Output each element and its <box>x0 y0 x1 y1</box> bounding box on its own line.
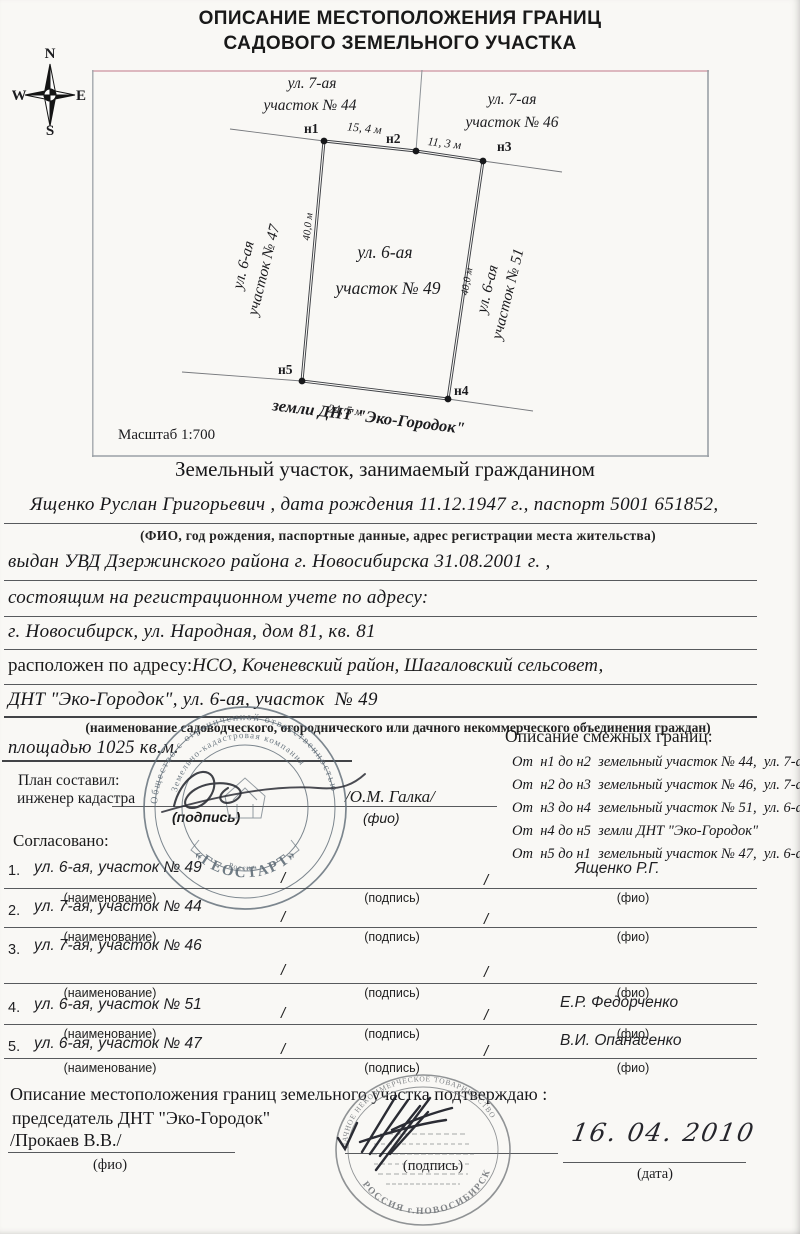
agreed-row-fio: Е.Р. Федорченко <box>560 994 678 1012</box>
rule <box>4 580 757 581</box>
slash-mark: / <box>281 1041 285 1058</box>
rule <box>4 888 757 889</box>
point-label-n1: н1 <box>304 121 319 136</box>
neighbor-top-right-plot: участок № 46 <box>464 114 559 131</box>
confirm-chairman-name: /Прокаев В.В./ <box>10 1130 121 1151</box>
agreed-row-num: 5. <box>8 1039 20 1055</box>
rule <box>4 523 757 524</box>
agreed-heading: Согласовано: <box>13 831 109 851</box>
date-handwritten: 16. 04. 2010 <box>569 1118 757 1147</box>
neighbor-top-left-plot: участок № 44 <box>262 97 357 114</box>
svg-text:Россия: Россия <box>228 861 257 873</box>
agreed-row-num: 2. <box>8 903 20 919</box>
neighbor-right-label: ул. 6-аяучасток № 51 <box>468 242 528 343</box>
caption-fio: (фио) <box>558 891 708 905</box>
plot-boundary <box>302 141 483 399</box>
location-prefix: расположен по адресу: <box>8 655 192 676</box>
confirm-date-caption: (дата) <box>575 1166 735 1183</box>
caption-podpis: (подпись) <box>317 891 467 905</box>
agreed-row-num: 4. <box>8 1000 20 1016</box>
agreed-row-num: 3. <box>8 942 20 958</box>
caption-fio: (фио) <box>558 930 708 944</box>
agreed-row-name: ул. 6-ая, участок № 51 <box>34 996 202 1014</box>
rule <box>4 1024 757 1025</box>
point-label-n2: н2 <box>386 131 401 146</box>
rule <box>4 1058 757 1059</box>
slash-mark: / <box>281 962 285 979</box>
neighbor-left-label: ул. 6-аяучасток № 47 <box>224 217 284 320</box>
confirm-fio-caption: (фио) <box>40 1157 180 1174</box>
passport-issued-line: выдан УВД Дзержинского района г. Новосиб… <box>8 551 551 573</box>
registration-intro-line: состоящим на регистрационном учете по ад… <box>8 587 429 609</box>
subtitle: Земельный участок, занимаемый гражданино… <box>0 457 770 482</box>
plot-center-number: участок № 49 <box>334 278 441 298</box>
owner-name-line: Ященко Руслан Григорьевич , дата рождени… <box>30 494 718 516</box>
slash-mark: / <box>484 911 488 928</box>
confirm-chairman: председатель ДНТ "Эко-Городок" <box>12 1108 270 1129</box>
distance-left-side: 40,0 м <box>302 212 316 241</box>
distance-right-side: 40,0 м <box>460 267 476 296</box>
border-item: От н1 до н2 земельный участок № 44, ул. … <box>512 754 800 771</box>
scale-label: Масштаб 1:700 <box>118 427 215 443</box>
slash-mark: / <box>281 870 285 887</box>
plot-plan-drawing: н1 н2 н3 н4 н5 15, 4 м 11, 3 м 24, 5 м 4… <box>92 70 709 457</box>
rule <box>4 616 757 617</box>
plan-divider-line <box>416 70 422 151</box>
caption-podpis: (подпись) <box>317 930 467 944</box>
neighbor-top-right-street: ул. 7-ая <box>486 91 537 108</box>
rule <box>4 983 757 984</box>
agreed-row-name: ул. 7-ая, участок № 44 <box>34 898 202 916</box>
owner-caption-fio: (ФИО, год рождения, паспортные данные, а… <box>0 528 796 544</box>
stamp-country-text: Россия <box>228 861 257 873</box>
caption-naimenovanie: (наименование) <box>35 1061 185 1075</box>
border-item: От н4 до н5 земли ДНТ "Эко-Городок" <box>512 823 758 840</box>
plan-author-label: План составил: <box>18 772 119 790</box>
neighbor-top-left-street: ул. 7-ая <box>286 75 337 92</box>
plot-center-street: ул. 6-ая <box>355 242 412 262</box>
compass-e: E <box>76 88 86 104</box>
distance-n2-n3: 11, 3 м <box>427 134 463 152</box>
agreed-row-name: ул. 7-ая, участок № 46 <box>34 937 202 955</box>
point-label-n4: н4 <box>454 383 469 398</box>
agreed-row-fio: В.И. Опанасенко <box>560 1032 682 1050</box>
border-item: От н2 до н3 земельный участок № 46, ул. … <box>512 777 800 794</box>
engineer-signature <box>150 748 470 838</box>
plot-corner-points <box>299 138 487 403</box>
confirm-date-line <box>563 1162 746 1163</box>
caption-podpis: (подпись) <box>317 1027 467 1041</box>
slash-mark: / <box>281 909 285 926</box>
caption-fio: (фио) <box>558 1061 708 1075</box>
slash-mark: / <box>484 1007 488 1024</box>
agreed-row-fio: Ященко Р.Г. <box>575 860 660 878</box>
document-page: ОПИСАНИЕ МЕСТОПОЛОЖЕНИЯ ГРАНИЦ САДОВОГО … <box>0 0 800 1234</box>
slash-mark: / <box>281 1005 285 1022</box>
confirm-fio-line <box>8 1152 235 1153</box>
chairman-signature <box>332 1080 482 1180</box>
compass-w: W <box>12 88 27 104</box>
distance-n1-n2: 15, 4 м <box>346 119 382 137</box>
location-line: расположен по адресу:НСО, Коченевский ра… <box>8 655 603 677</box>
document-title-line2: САДОВОГО ЗЕМЕЛЬНОГО УЧАСТКА <box>0 33 800 55</box>
caption-podpis: (подпись) <box>317 986 467 1000</box>
agreed-row-num: 1. <box>8 863 20 879</box>
point-label-n5: н5 <box>278 362 293 377</box>
compass-rose-icon: N S W E <box>12 42 88 138</box>
registration-address-line: г. Новосибирск, ул. Народная, дом 81, кв… <box>8 621 376 643</box>
bottom-lands-label: земли ДНТ "Эко-Городок" <box>270 395 466 438</box>
rule <box>4 684 757 685</box>
compass-n: N <box>45 46 56 62</box>
borders-heading: Описание смежных границ: <box>505 726 713 747</box>
rule <box>4 927 757 928</box>
slash-mark: / <box>484 872 488 889</box>
agreed-row-name: ул. 6-ая, участок № 49 <box>34 859 202 877</box>
point-label-n3: н3 <box>497 139 512 154</box>
location-value: НСО, Коченевский район, Шагаловский сель… <box>192 655 603 676</box>
rule <box>4 649 757 650</box>
border-item: От н3 до н4 земельный участок № 51, ул. … <box>512 800 800 817</box>
agreed-row-name: ул. 6-ая, участок № 47 <box>34 1035 202 1053</box>
slash-mark: / <box>484 964 488 981</box>
document-title-line1: ОПИСАНИЕ МЕСТОПОЛОЖЕНИЯ ГРАНИЦ <box>0 8 800 30</box>
rule <box>4 716 757 718</box>
